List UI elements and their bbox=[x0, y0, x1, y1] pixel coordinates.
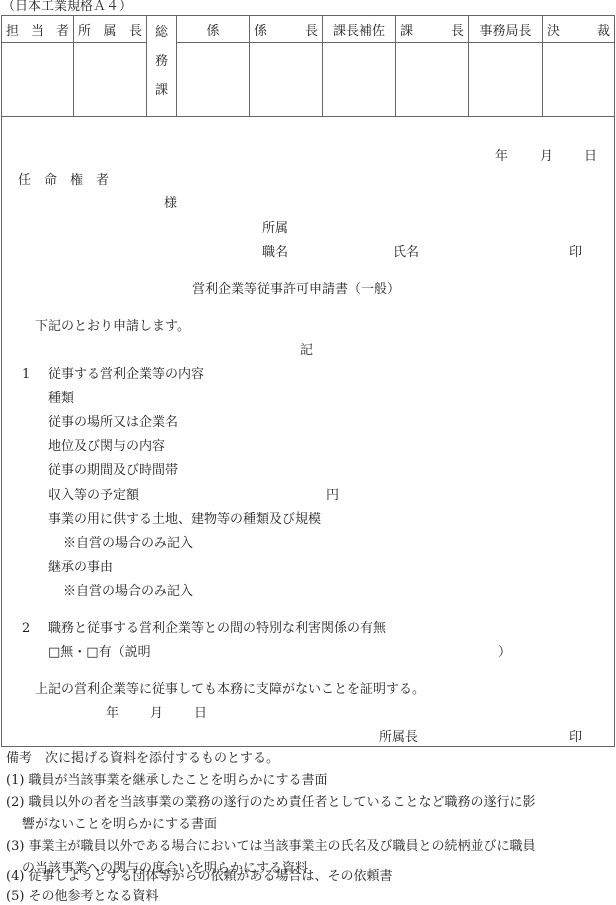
note-item-5: (5) その他参考となる資料 bbox=[6, 890, 159, 903]
date-day-label: 日 bbox=[584, 150, 597, 163]
section1-number: 1 bbox=[22, 368, 30, 381]
note-item-4: (4) 従事しようとする団体等からの依頼がある場合は、その依頼書 bbox=[6, 870, 393, 883]
form-title: 営利企業等従事許可申請書（一般） bbox=[192, 283, 400, 296]
close-paren: ） bbox=[498, 646, 511, 659]
cert-month-label: 月 bbox=[150, 707, 163, 720]
ki-label: 記 bbox=[300, 344, 313, 357]
applicant-seal-label: 印 bbox=[569, 246, 582, 259]
supervisor-seal-label: 印 bbox=[569, 731, 582, 744]
item-kind: 種類 bbox=[48, 392, 74, 405]
yen-label: 円 bbox=[326, 489, 339, 502]
addressee-label: 任命権者 bbox=[18, 174, 122, 187]
date-year-label: 年 bbox=[495, 150, 508, 163]
header-kakari: 係 bbox=[177, 16, 250, 43]
certification-text: 上記の営利企業等に従事しても本務に支障がないことを証明する。 bbox=[35, 683, 425, 696]
note-self-employed-1: ※自営の場合のみ記入 bbox=[63, 537, 193, 550]
note-item-2-cont: 響がないことを明らかにする書面 bbox=[22, 818, 217, 831]
item-succession-reason: 継承の事由 bbox=[48, 561, 113, 574]
cert-day-label: 日 bbox=[194, 707, 207, 720]
stamp-cell-kakaricho[interactable] bbox=[250, 43, 323, 117]
cert-year-label: 年 bbox=[106, 707, 119, 720]
item-position: 地位及び関与の内容 bbox=[48, 440, 165, 453]
header-kachohosa: 課長補佐 bbox=[323, 16, 396, 43]
stamp-cell-shozokucho[interactable] bbox=[74, 43, 147, 117]
header-jimukyokucho: 事務局長 bbox=[469, 16, 543, 43]
stamp-cell-jimukyokucho[interactable] bbox=[469, 43, 543, 117]
section2-number: 2 bbox=[22, 622, 30, 635]
note-item-1: (1) 職員が当該事業を継承したことを明らかにする書面 bbox=[6, 774, 328, 787]
header-kakaricho: 係長 bbox=[250, 16, 323, 43]
notes-heading: 備考 次に掲げる資料を添付するものとする。 bbox=[6, 752, 279, 765]
affiliation-label: 所属 bbox=[262, 222, 288, 235]
honorific-sama: 様 bbox=[164, 197, 177, 210]
standard-caption: （日本工業規格Ａ４） bbox=[2, 0, 132, 13]
stamp-cell-tantousha[interactable] bbox=[2, 43, 74, 117]
header-kessai: 決裁 bbox=[543, 16, 615, 43]
interest-options-checkbox[interactable]: □無・□有（説明 bbox=[48, 646, 151, 659]
position-label: 職名 bbox=[262, 246, 288, 259]
stamp-cell-kachohosa[interactable] bbox=[323, 43, 396, 117]
note-self-employed-2: ※自営の場合のみ記入 bbox=[63, 585, 193, 598]
header-tantousha: 担当者 bbox=[2, 16, 74, 43]
header-kacho: 課長 bbox=[396, 16, 469, 43]
stamp-cell-kakari[interactable] bbox=[177, 43, 250, 117]
header-soumuka: 総 務 課 bbox=[147, 16, 177, 117]
section2-heading: 職務と従事する営利企業等との間の特別な利害関係の有無 bbox=[48, 622, 386, 635]
stamp-cell-kacho[interactable] bbox=[396, 43, 469, 117]
approval-stamp-table: 担当者 所属長 総 務 課 係 係長 課長補佐 課長 事務局長 決裁 bbox=[1, 15, 615, 117]
supervisor-label: 所属長 bbox=[379, 731, 418, 744]
header-shozokucho: 所属長 bbox=[74, 16, 147, 43]
stamp-cell-kessai[interactable] bbox=[543, 43, 615, 117]
item-place: 従事の場所又は企業名 bbox=[48, 416, 178, 429]
item-income: 収入等の予定額 bbox=[48, 489, 139, 502]
section1-heading: 従事する営利企業等の内容 bbox=[48, 368, 204, 381]
item-land-buildings: 事業の用に供する土地、建物等の種類及び規模 bbox=[48, 513, 321, 526]
name-label: 氏名 bbox=[393, 246, 419, 259]
intro-text: 下記のとおり申請します。 bbox=[35, 320, 190, 333]
note-item-3: (3) 事業主が職員以外である場合においては当該事業主の氏名及び職員との続柄並び… bbox=[6, 840, 536, 853]
item-period: 従事の期間及び時間帯 bbox=[48, 464, 178, 477]
note-item-2: (2) 職員以外の者を当該事業の業務の遂行のため責任者としていることなど職務の遂… bbox=[6, 796, 536, 809]
date-month-label: 月 bbox=[540, 150, 553, 163]
